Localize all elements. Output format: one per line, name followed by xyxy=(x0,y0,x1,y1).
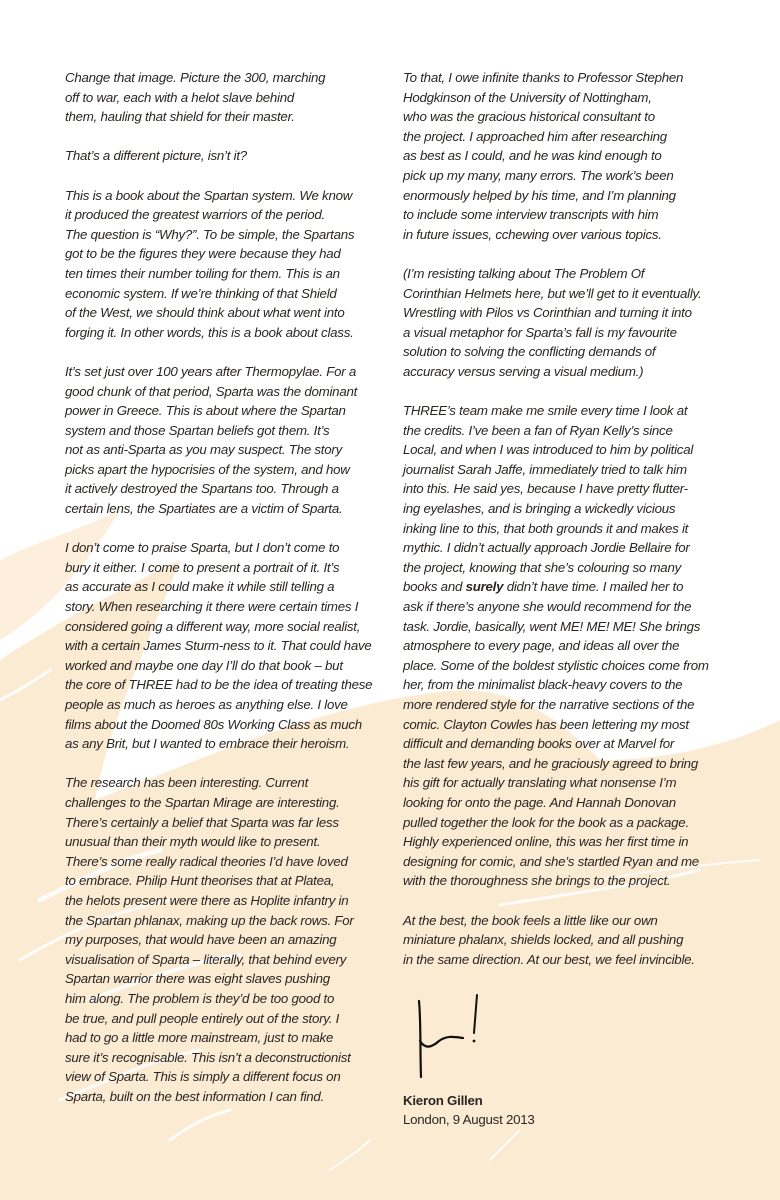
author-name: Kieron Gillen xyxy=(403,1091,748,1111)
paragraph-team: THREE’s team make me smile every time I … xyxy=(403,401,748,891)
document-page: Change that image. Picture the 300, marc… xyxy=(0,0,780,1200)
emphasis-surely: surely xyxy=(466,579,504,594)
team-text-after: didn’t have time. I mailed her to ask if… xyxy=(403,579,709,888)
paragraph-praise-sparta: I don’t come to praise Sparta, but I don… xyxy=(65,538,395,754)
paragraph-research: The research has been interesting. Curre… xyxy=(65,773,395,1106)
paragraph-change-that-image: Change that image. Picture the 300, marc… xyxy=(65,68,395,127)
paragraph-closing: At the best, the book feels a little lik… xyxy=(403,911,748,970)
paragraph-thanks-hodgkinson: To that, I owe infinite thanks to Profes… xyxy=(403,68,748,244)
team-text-before: THREE’s team make me smile every time I … xyxy=(403,403,693,594)
place-and-date: London, 9 August 2013 xyxy=(403,1110,748,1130)
paragraph-thermopylae: It’s set just over 100 years after Therm… xyxy=(65,362,395,519)
paragraph-different-picture: That’s a different picture, isn’t it? xyxy=(65,146,395,166)
paragraph-spartan-system: This is a book about the Spartan system.… xyxy=(65,186,395,343)
right-column: To that, I owe infinite thanks to Profes… xyxy=(403,68,748,1130)
handwritten-signature-icon xyxy=(403,993,513,1083)
paragraph-corinthian-helmets: (I’m resisting talking about The Problem… xyxy=(403,264,748,382)
left-column: Change that image. Picture the 300, marc… xyxy=(65,68,395,1126)
